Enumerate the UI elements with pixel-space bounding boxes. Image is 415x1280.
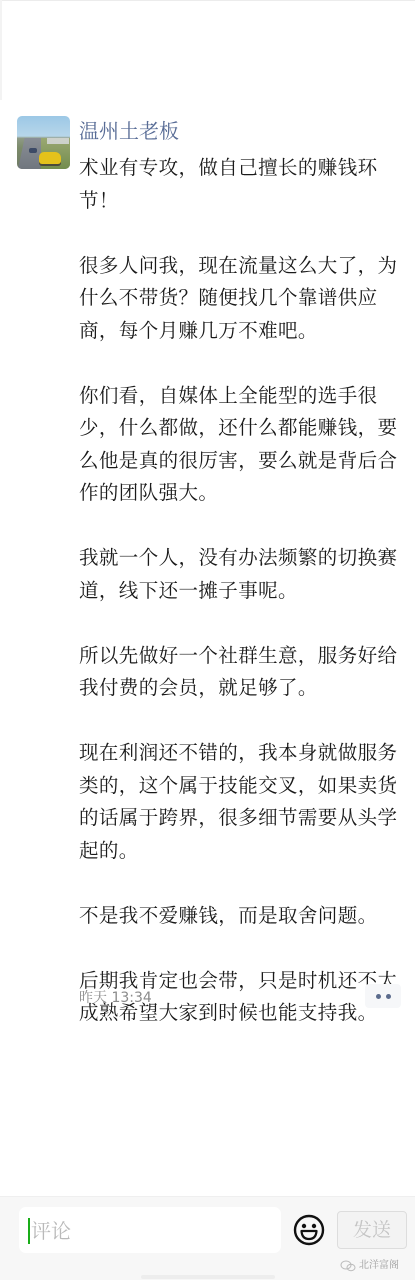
moments-post-detail: 温州土老板 术业有专攻，做自己擅长的赚钱环节！ 很多人问我，现在流量这么大了，为…	[0, 0, 415, 1280]
avatar-car-small	[29, 148, 37, 153]
avatar-car-icon	[39, 152, 61, 164]
home-indicator[interactable]	[141, 1275, 275, 1279]
author-name[interactable]: 温州土老板	[79, 118, 179, 144]
two-dots-icon	[376, 994, 381, 999]
emoji-button[interactable]	[293, 1214, 325, 1246]
comment-bar: 评论 发送 北洋富阁	[0, 1196, 415, 1280]
post-content: 术业有专攻，做自己擅长的赚钱环节！ 很多人问我，现在流量这么大了，为什么不带货？…	[79, 152, 399, 1030]
post-paragraph: 你们看，自媒体上全能型的选手很少，什么都做，还什么都能赚钱，要么他是真的很厉害，…	[79, 380, 399, 510]
comment-input[interactable]: 评论	[19, 1207, 281, 1253]
left-edge-shadow	[0, 0, 2, 100]
avatar-stand	[47, 138, 69, 144]
watermark-text: 北洋富阁	[359, 1257, 399, 1275]
post-timestamp: 昨天 13:34	[79, 988, 152, 1008]
watermark: 北洋富阁	[340, 1257, 399, 1275]
more-actions-button[interactable]	[365, 984, 401, 1008]
post-paragraph: 现在利润还不错的，我本身就做服务类的，这个属于技能交叉，如果卖货的话属于跨界，很…	[79, 737, 399, 867]
post-meta-row: 昨天 13:34	[79, 984, 401, 1012]
send-button[interactable]: 发送	[337, 1211, 407, 1249]
post-paragraph: 所以先做好一个社群生意，服务好给我付费的会员，就足够了。	[79, 640, 399, 705]
post-paragraph: 很多人问我，现在流量这么大了，为什么不带货？随便找几个靠谱供应商，每个月赚几万不…	[79, 250, 399, 348]
two-dots-icon	[386, 994, 391, 999]
wechat-logo-icon	[340, 1260, 356, 1272]
top-divider	[0, 0, 415, 1]
post-paragraph: 我就一个人，没有办法频繁的切换赛道，线下还一摊子事呢。	[79, 542, 399, 607]
comment-placeholder: 评论	[31, 1217, 71, 1245]
avatar[interactable]	[17, 116, 70, 169]
post-paragraph: 术业有专攻，做自己擅长的赚钱环节！	[79, 152, 399, 217]
text-caret	[28, 1218, 30, 1244]
post-paragraph: 不是我不爱赚钱，而是取舍问题。	[79, 900, 399, 933]
smiley-face-icon	[293, 1214, 325, 1246]
